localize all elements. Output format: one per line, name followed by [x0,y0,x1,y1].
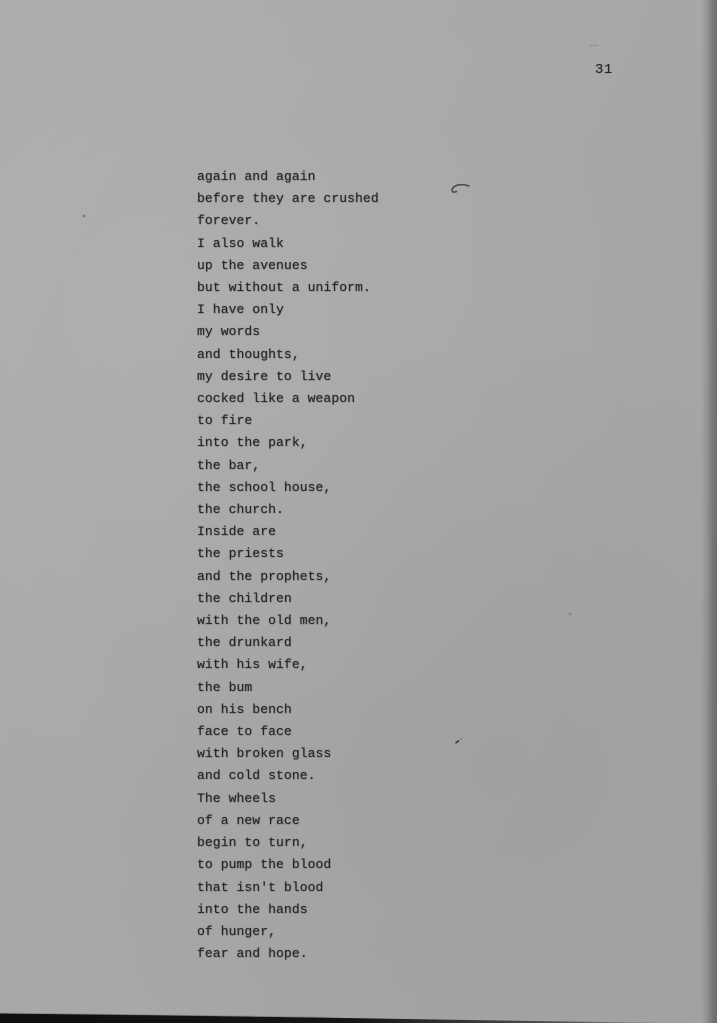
page-bottom-edge-shadow [0,1014,717,1023]
poem-line: that isn't blood [197,877,527,899]
poem-line: into the hands [197,899,527,921]
poem-line: begin to turn, [197,832,527,854]
ink-speck-icon [83,215,86,218]
poem-line: and thoughts, [197,344,527,366]
poem-text: again and againbefore they are crushedfo… [197,166,527,965]
poem-line: forever. [197,210,527,232]
poem-line: with broken glass [197,743,527,765]
poem-line: the priests [197,543,527,565]
poem-line: face to face [197,721,527,743]
poem-line: on his bench [197,699,527,721]
poem-line: with the old men, [197,610,527,632]
poem-line: the church. [197,499,527,521]
poem-line: I have only [197,299,527,321]
poem-line: the school house, [197,477,527,499]
poem-line: the drunkard [197,632,527,654]
poem-line: of hunger, [197,921,527,943]
poem-line: the children [197,588,527,610]
poem-line: I also walk [197,233,527,255]
poem-line: but without a uniform. [197,277,527,299]
poem-line: again and again [197,166,527,188]
poem-line: the bum [197,677,527,699]
poem-line: before they are crushed [197,188,527,210]
poem-line: the bar, [197,455,527,477]
poem-line: The wheels [197,788,527,810]
poem-line: Inside are [197,521,527,543]
poem-line: cocked like a weapon [197,388,527,410]
scanned-poem-page: 31 again and againbefore they are crushe… [0,0,717,1023]
poem-line: fear and hope. [197,943,527,965]
poem-line: my words [197,321,527,343]
poem-line: my desire to live [197,366,527,388]
page-bottom-edge-highlight [0,1013,330,1017]
poem-line: to fire [197,410,527,432]
page-number-smudge [590,45,598,46]
poem-line: to pump the blood [197,854,527,876]
poem-line: into the park, [197,432,527,454]
page-right-edge-shadow [701,0,717,1023]
poem-line: and the prophets, [197,566,527,588]
poem-line: and cold stone. [197,765,527,787]
poem-line: with his wife, [197,654,527,676]
poem-line: up the avenues [197,255,527,277]
ink-speck-icon [569,613,572,616]
page-number: 31 [595,62,613,78]
poem-line: of a new race [197,810,527,832]
